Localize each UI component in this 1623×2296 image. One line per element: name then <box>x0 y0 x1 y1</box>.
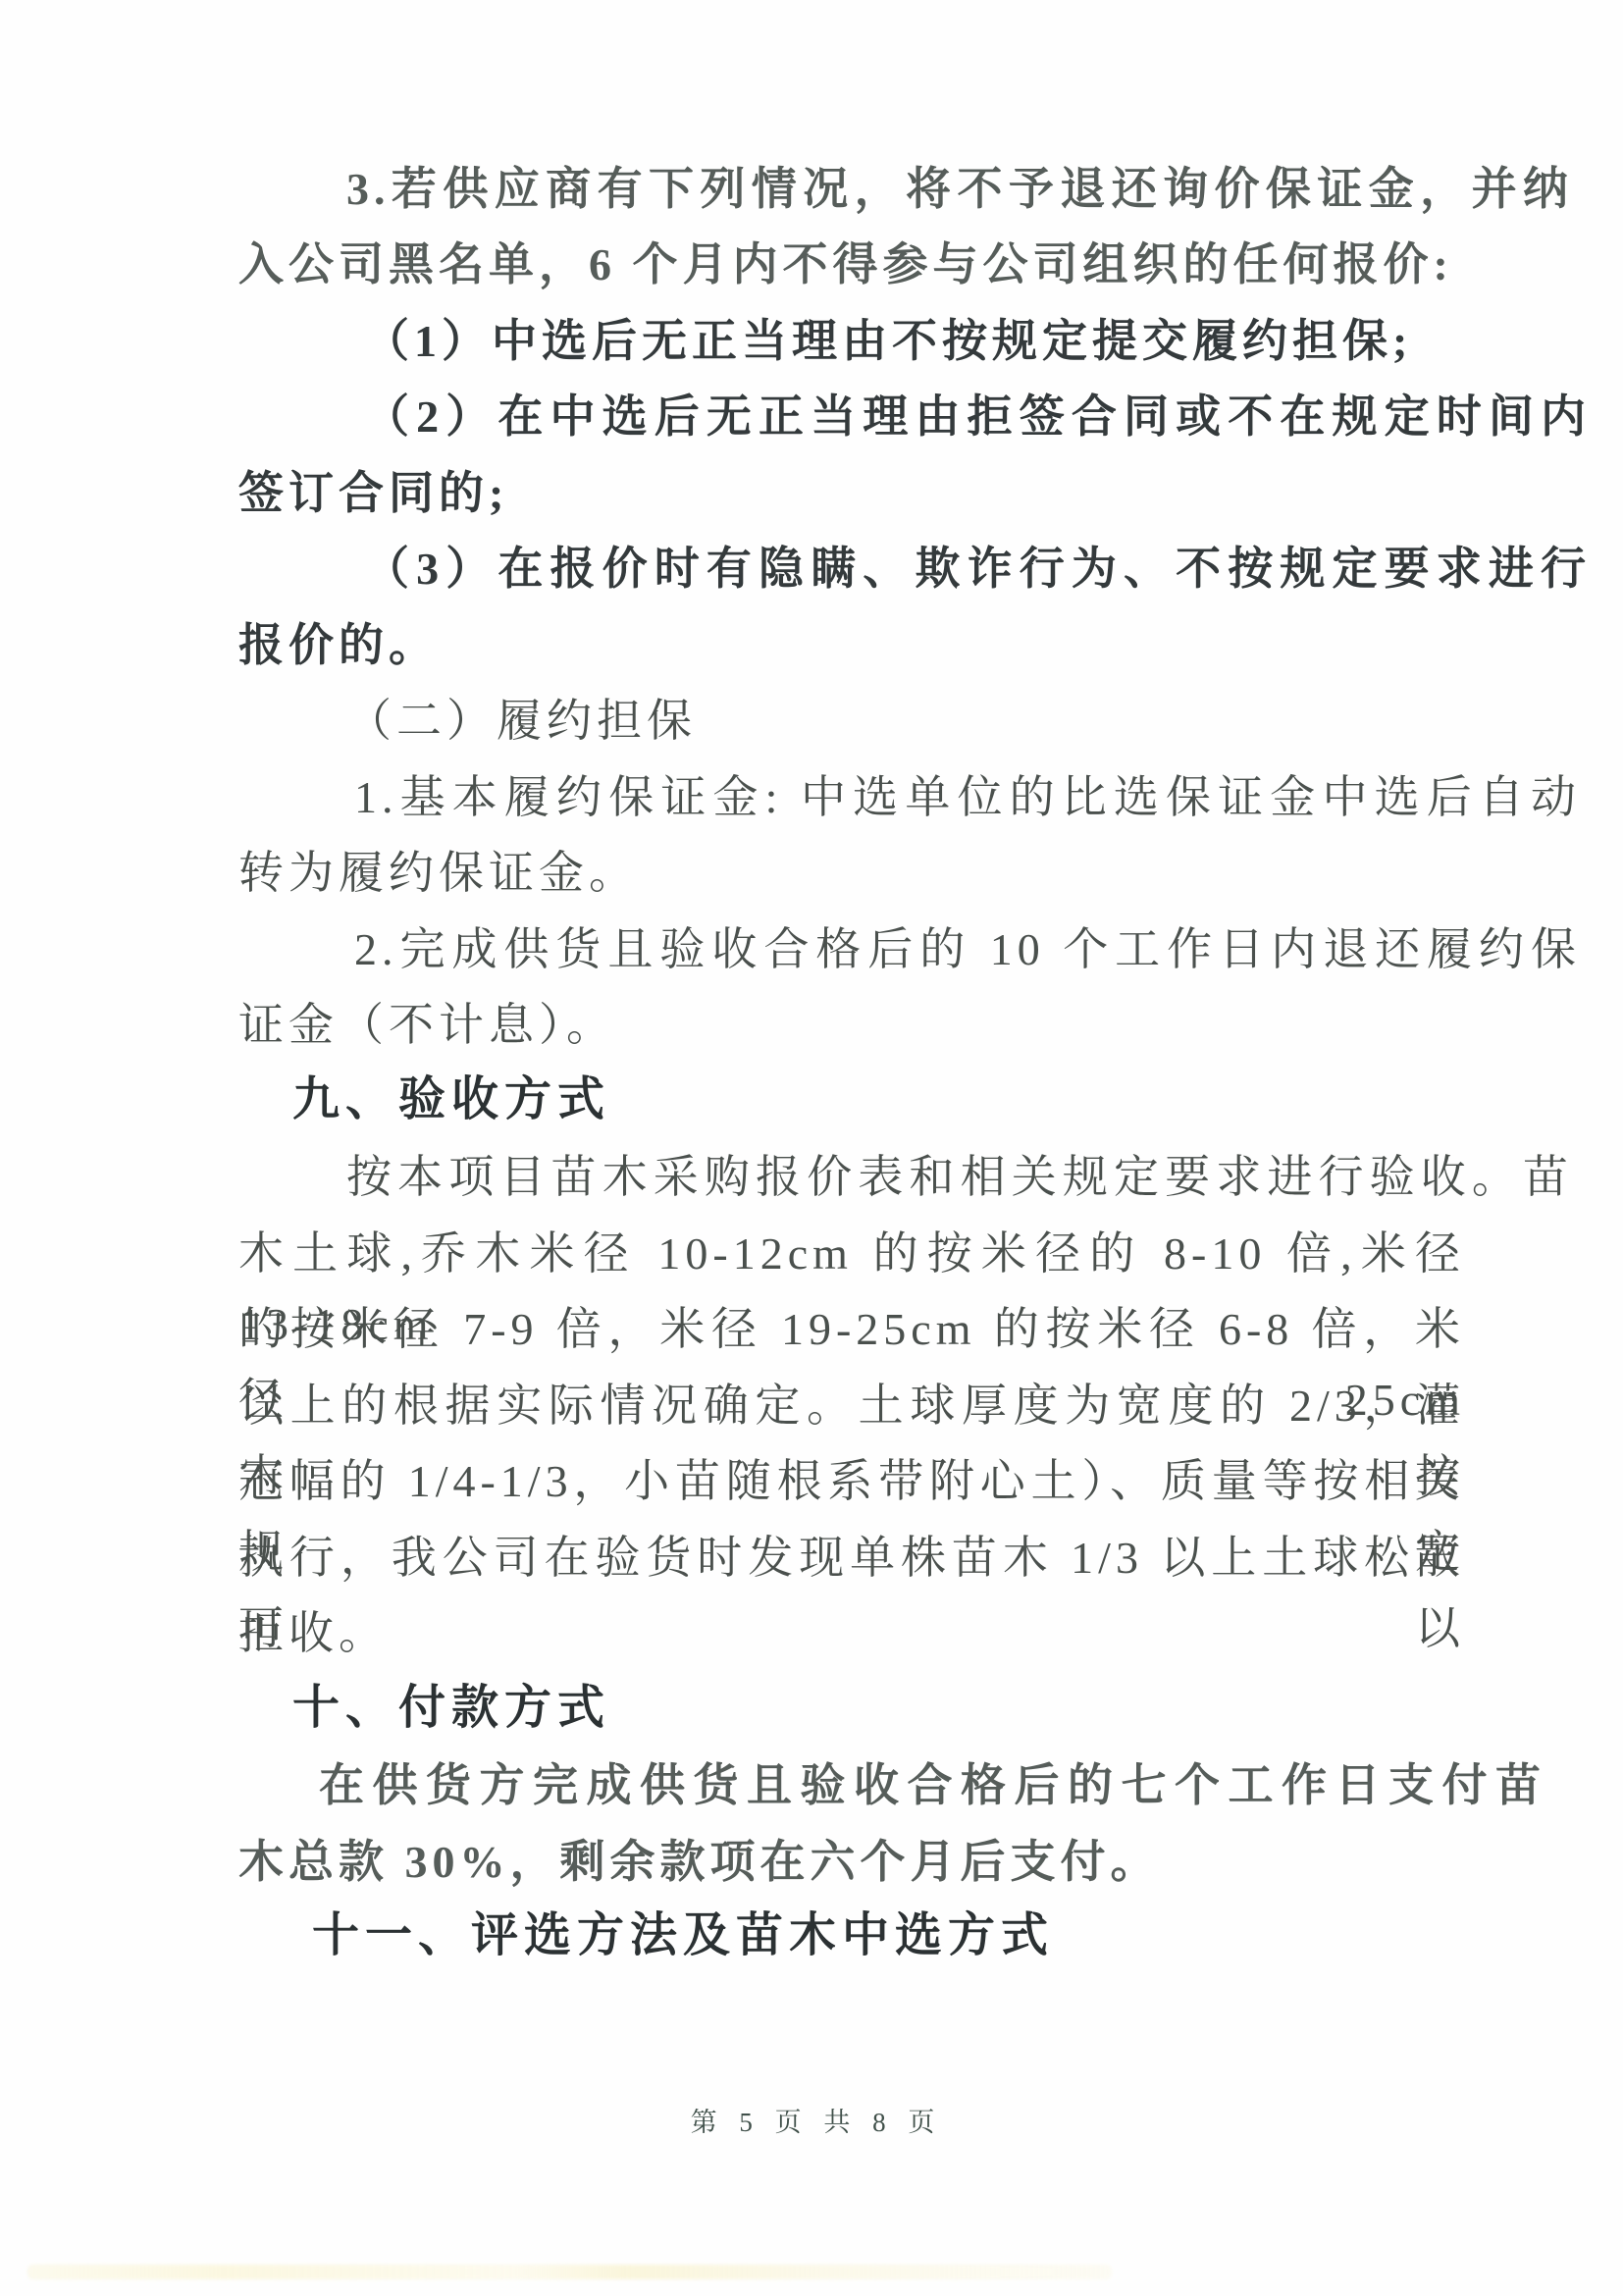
heading-9-acceptance: 九、验收方式 <box>238 1065 1519 1135</box>
para-basic-guarantee-line-2: 转为履约保证金。 <box>238 838 1465 909</box>
document-page: 3.若供应商有下列情况，将不予退还询价保证金，并纳 入公司黑名单，6 个月内不得… <box>0 0 1623 2296</box>
item-3-line-1: （3）在报价时有隐瞒、欺诈行为、不按规定要求进行 <box>238 534 1591 604</box>
para-payment-line-2: 木总款 30%，剩余款项在六个月后支付。 <box>238 1827 1465 1898</box>
para-forfeit-line-1: 3.若供应商有下列情况，将不予退还询价保证金，并纳 <box>238 154 1573 225</box>
page-footer: 第 5 页 共 8 页 <box>638 2103 991 2142</box>
para-forfeit-line-2: 入公司黑名单，6 个月内不得参与公司组织的任何报价: <box>238 230 1465 300</box>
heading-11-selection-method: 十一、评选方法及苗木中选方式 <box>238 1901 1539 1971</box>
scan-artifact-strip <box>27 2265 1112 2279</box>
subheading-performance-guarantee: （二）履约担保 <box>238 686 1573 757</box>
para-refund-line-1: 2.完成供货且验收合格后的 10 个工作日内退还履约保 <box>238 914 1581 985</box>
item-2-line-2: 签订合同的; <box>238 458 1465 529</box>
item-1: （1）中选后无正当理由不按规定提交履约担保; <box>238 306 1591 377</box>
item-2-line-1: （2）在中选后无正当理由拒签合同或不在规定时间内 <box>238 382 1591 452</box>
heading-10-payment: 十、付款方式 <box>238 1673 1519 1744</box>
para-acceptance-line-1: 按本项目苗木采购报价表和相关规定要求进行验收。苗 <box>238 1142 1573 1213</box>
para-payment-line-1: 在供货方完成供货且验收合格后的七个工作日支付苗 <box>238 1750 1545 1821</box>
item-3-line-2: 报价的。 <box>238 610 1465 681</box>
para-refund-line-2: 证金（不计息）。 <box>238 990 1465 1061</box>
para-basic-guarantee-line-1: 1.基本履约保证金: 中选单位的比选保证金中选后自动 <box>238 762 1581 833</box>
para-acceptance-line-7: 拒收。 <box>238 1598 1465 1669</box>
